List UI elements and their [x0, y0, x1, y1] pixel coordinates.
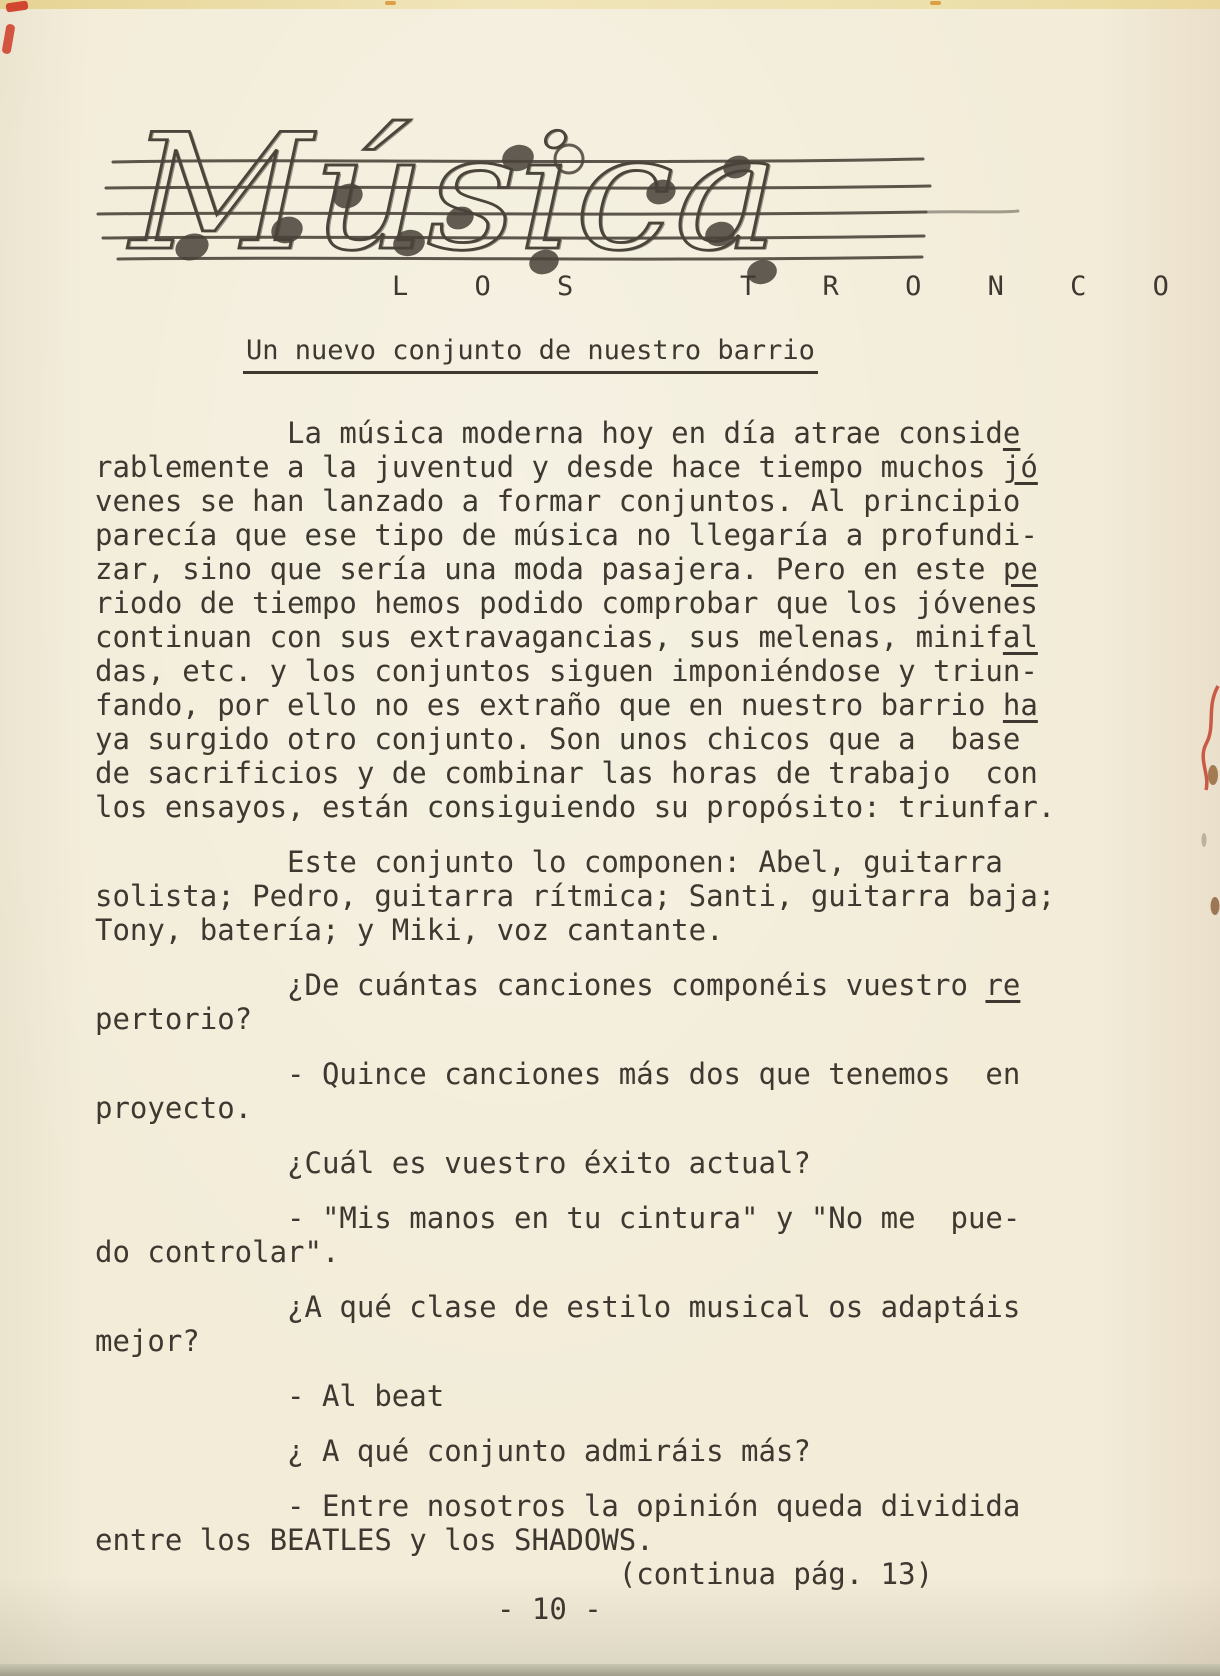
article-body: La música moderna hoy en día atrae consi…: [95, 416, 1055, 1612]
paragraph: - Quince canciones más dos que tenemos e…: [95, 1057, 1055, 1125]
text-line: Este conjunto lo componen: Abel, guitarr…: [95, 845, 1055, 879]
text-line: - Al beat: [95, 1379, 1055, 1413]
text-line: fando, por ello no es extraño que en nue…: [95, 688, 1055, 722]
text-line: ya surgido otro conjunto. Son unos chico…: [95, 722, 1055, 756]
text-line: pertorio?: [95, 1002, 1055, 1036]
red-pen-mark: [5, 1, 28, 13]
text-line: ¿Cuál es vuestro éxito actual?: [95, 1146, 1055, 1180]
text-line: continuan con sus extravagancias, sus me…: [95, 620, 1055, 654]
paragraph: La música moderna hoy en día atrae consi…: [95, 416, 1055, 824]
ink-blot: [1211, 897, 1220, 915]
text-line: - "Mis manos en tu cintura" y "No me pue…: [95, 1201, 1055, 1235]
scan-bottom-edge: [0, 1664, 1220, 1676]
paragraph: - "Mis manos en tu cintura" y "No me pue…: [95, 1201, 1055, 1269]
text-line: riodo de tiempo hemos podido comprobar q…: [95, 586, 1055, 620]
text-line: mejor?: [95, 1324, 1055, 1358]
scanned-magazine-page: Música Música L O S T R O N C O S Un nue…: [0, 0, 1220, 1676]
paragraph: ¿A qué clase de estilo musical os adaptá…: [95, 1290, 1055, 1358]
edge-pen-marks: [1194, 680, 1220, 920]
text-line: solista; Pedro, guitarra rítmica; Santi,…: [95, 879, 1055, 913]
paragraph: ¿Cuál es vuestro éxito actual?: [95, 1146, 1055, 1180]
text-line: ¿A qué clase de estilo musical os adaptá…: [95, 1290, 1055, 1324]
text-line: Tony, batería; y Miki, voz cantante.: [95, 913, 1055, 947]
paragraph: ¿ A qué conjunto admiráis más?: [95, 1434, 1055, 1468]
text-line: de sacrificios y de combinar las horas d…: [95, 756, 1055, 790]
scan-top-edge: [0, 0, 1220, 9]
paragraph: - Al beat: [95, 1379, 1055, 1413]
page-number: - 10 -: [497, 1592, 602, 1626]
text-line: zar, sino que sería una moda pasajera. P…: [95, 552, 1055, 586]
text-line: entre los BEATLES y los SHADOWS.: [95, 1523, 1055, 1557]
scan-speck: [1202, 833, 1207, 847]
text-line: das, etc. y los conjuntos siguen imponié…: [95, 654, 1055, 688]
banner-word-ghost: Música: [129, 108, 782, 287]
text-line: rablemente a la juventud y desde hace ti…: [95, 450, 1055, 484]
text-line: los ensayos, están consiguiendo su propó…: [95, 790, 1055, 824]
red-pen-mark: [1, 23, 15, 54]
text-line: - Quince canciones más dos que tenemos e…: [95, 1057, 1055, 1091]
text-line: ¿De cuántas canciones componéis vuestro …: [95, 968, 1055, 1002]
text-line: La música moderna hoy en día atrae consi…: [95, 416, 1055, 450]
paragraph: - Entre nosotros la opinión queda dividi…: [95, 1489, 1055, 1591]
text-line: proyecto.: [95, 1091, 1055, 1125]
scan-speck: [385, 1, 396, 5]
scan-speck: [930, 1, 941, 5]
band-title: L O S T R O N C O S: [392, 272, 1220, 302]
ink-blot: [1208, 765, 1218, 785]
text-line: ¿ A qué conjunto admiráis más?: [95, 1434, 1055, 1468]
text-line: parecía que ese tipo de música no llegar…: [95, 518, 1055, 552]
text-line: - Entre nosotros la opinión queda dividi…: [95, 1489, 1055, 1523]
article-heading: Un nuevo conjunto de nuestro barrio: [243, 336, 818, 374]
paragraph: Este conjunto lo componen: Abel, guitarr…: [95, 845, 1055, 947]
text-line: venes se han lanzado a formar conjuntos.…: [95, 484, 1055, 518]
paragraph: ¿De cuántas canciones componéis vuestro …: [95, 968, 1055, 1036]
text-line: do controlar".: [95, 1235, 1055, 1269]
text-line: (continua pág. 13): [95, 1557, 1055, 1591]
banner-word-art: Música Música: [127, 108, 782, 287]
